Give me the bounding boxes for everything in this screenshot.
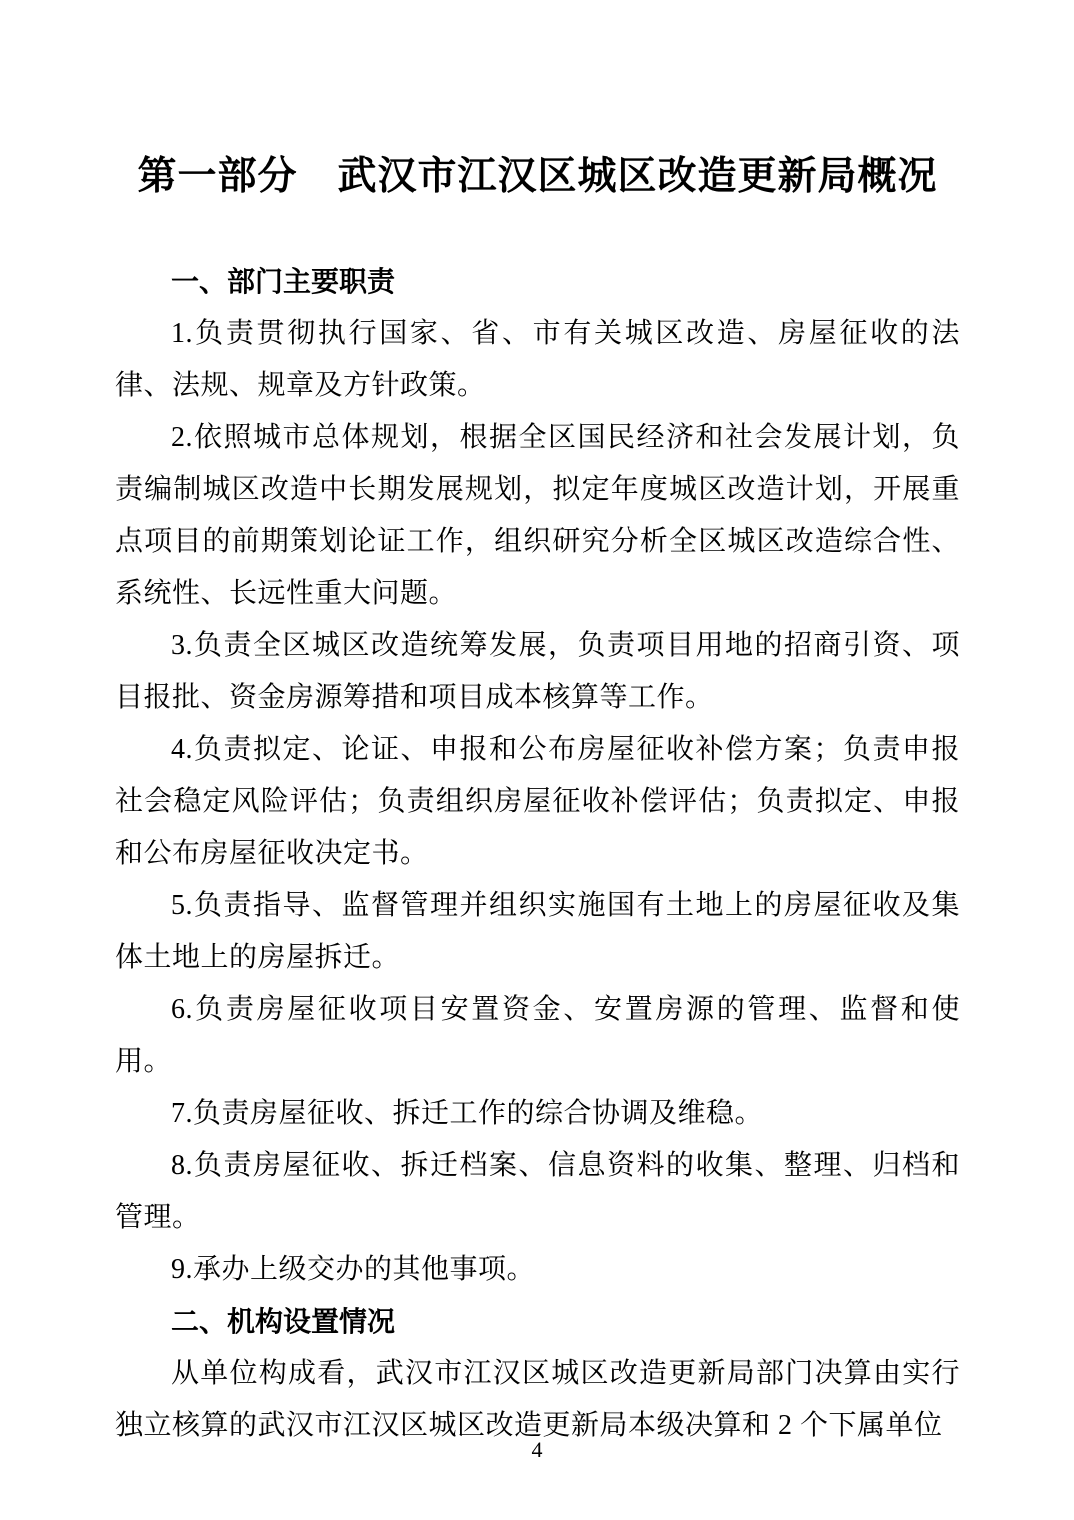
section-heading-duties: 一、部门主要职责 [115, 256, 960, 308]
duty-item-8: 8.负责房屋征收、拆迁档案、信息资料的收集、整理、归档和管理。 [115, 1140, 960, 1244]
document-title: 第一部分 武汉市江汉区城区改造更新局概况 [115, 152, 960, 202]
duty-item-1: 1.负责贯彻执行国家、省、市有关城区改造、房屋征收的法律、法规、规章及方针政策。 [115, 308, 960, 412]
duty-item-7: 7.负责房屋征收、拆迁工作的综合协调及维稳。 [115, 1088, 960, 1140]
document-content: 第一部分 武汉市江汉区城区改造更新局概况 一、部门主要职责 1.负责贯彻执行国家… [115, 152, 960, 1452]
page-number: 4 [0, 1438, 1074, 1462]
duty-item-2: 2.依照城市总体规划，根据全区国民经济和社会发展计划，负责编制城区改造中长期发展… [115, 412, 960, 620]
duty-item-4: 4.负责拟定、论证、申报和公布房屋征收补偿方案；负责申报社会稳定风险评估；负责组… [115, 724, 960, 880]
duty-item-5: 5.负责指导、监督管理并组织实施国有土地上的房屋征收及集体土地上的房屋拆迁。 [115, 880, 960, 984]
duty-item-3: 3.负责全区城区改造统筹发展，负责项目用地的招商引资、项目报批、资金房源筹措和项… [115, 620, 960, 724]
section-heading-organization: 二、机构设置情况 [115, 1296, 960, 1348]
duty-item-6: 6.负责房屋征收项目安置资金、安置房源的管理、监督和使用。 [115, 984, 960, 1088]
duty-item-9: 9.承办上级交办的其他事项。 [115, 1244, 960, 1296]
document-page: 第一部分 武汉市江汉区城区改造更新局概况 一、部门主要职责 1.负责贯彻执行国家… [0, 0, 1074, 1520]
